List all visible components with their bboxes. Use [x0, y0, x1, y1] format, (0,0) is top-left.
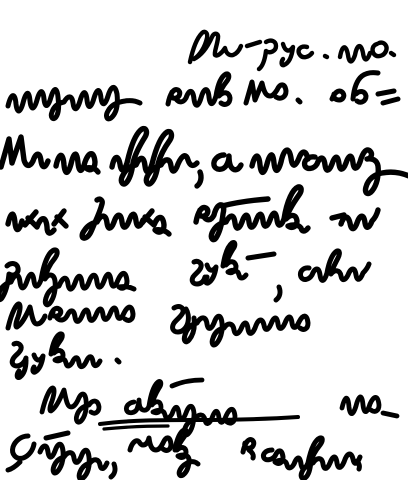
- ink-stroke: [168, 74, 230, 105]
- ink-stroke: [1, 137, 48, 167]
- handwriting-line-8: [42, 380, 397, 435]
- ink-stroke: [112, 129, 197, 184]
- ink-stroke: [111, 464, 115, 477]
- ink-stroke: [342, 397, 397, 416]
- handwriting-line-4: [8, 187, 378, 240]
- ink-stroke: [12, 334, 100, 378]
- handwriting-line-9: [8, 430, 360, 479]
- ink-stroke: [332, 210, 378, 229]
- ink-stroke: [8, 304, 45, 328]
- handwriting-line-2: [8, 73, 398, 119]
- ink-stroke: [117, 360, 119, 362]
- ink-stroke: [248, 254, 274, 258]
- ink-stroke: [50, 307, 133, 321]
- underline-stroke: [100, 417, 298, 424]
- ink-stroke: [82, 199, 169, 238]
- handwriting-line-7: [12, 334, 119, 378]
- ink-stroke: [0, 250, 134, 305]
- ink-stroke: [305, 150, 408, 194]
- ink-stroke: [190, 32, 241, 62]
- handwritten-note-page: Цел-рус. ню. вающему вставление бой- не …: [0, 0, 408, 480]
- ink-stroke: [246, 82, 286, 103]
- ink-stroke: [46, 433, 68, 438]
- ink-stroke: [40, 444, 107, 479]
- ink-stroke: [192, 242, 246, 284]
- ink-stroke: [172, 380, 202, 386]
- ink-stroke: [340, 43, 394, 62]
- handwriting-line-3: [1, 129, 408, 194]
- handwriting-line-1: [190, 32, 394, 69]
- ink-stroke: [196, 187, 308, 240]
- ink-stroke: [263, 438, 360, 479]
- ink-stroke: [42, 388, 99, 422]
- ink-stroke: [332, 73, 398, 103]
- ink-stroke: [8, 436, 34, 470]
- ink-stroke: [300, 251, 369, 281]
- ink-stroke: [173, 307, 308, 345]
- ink-stroke: [222, 199, 268, 206]
- ink-stroke: [252, 150, 308, 172]
- ink-stroke: [8, 87, 140, 118]
- ink-stroke: [298, 100, 300, 102]
- ink-stroke: [259, 41, 327, 69]
- ink-stroke: [276, 287, 280, 300]
- ink-stroke: [197, 172, 201, 186]
- ink-stroke: [214, 155, 241, 170]
- handwriting-line-5: [0, 242, 369, 304]
- handwriting-canvas: [0, 0, 408, 480]
- underline-stroke: [104, 426, 168, 429]
- ink-stroke: [247, 42, 260, 46]
- ink-stroke: [8, 211, 66, 233]
- ink-stroke: [56, 154, 98, 173]
- ink-stroke: [243, 440, 254, 459]
